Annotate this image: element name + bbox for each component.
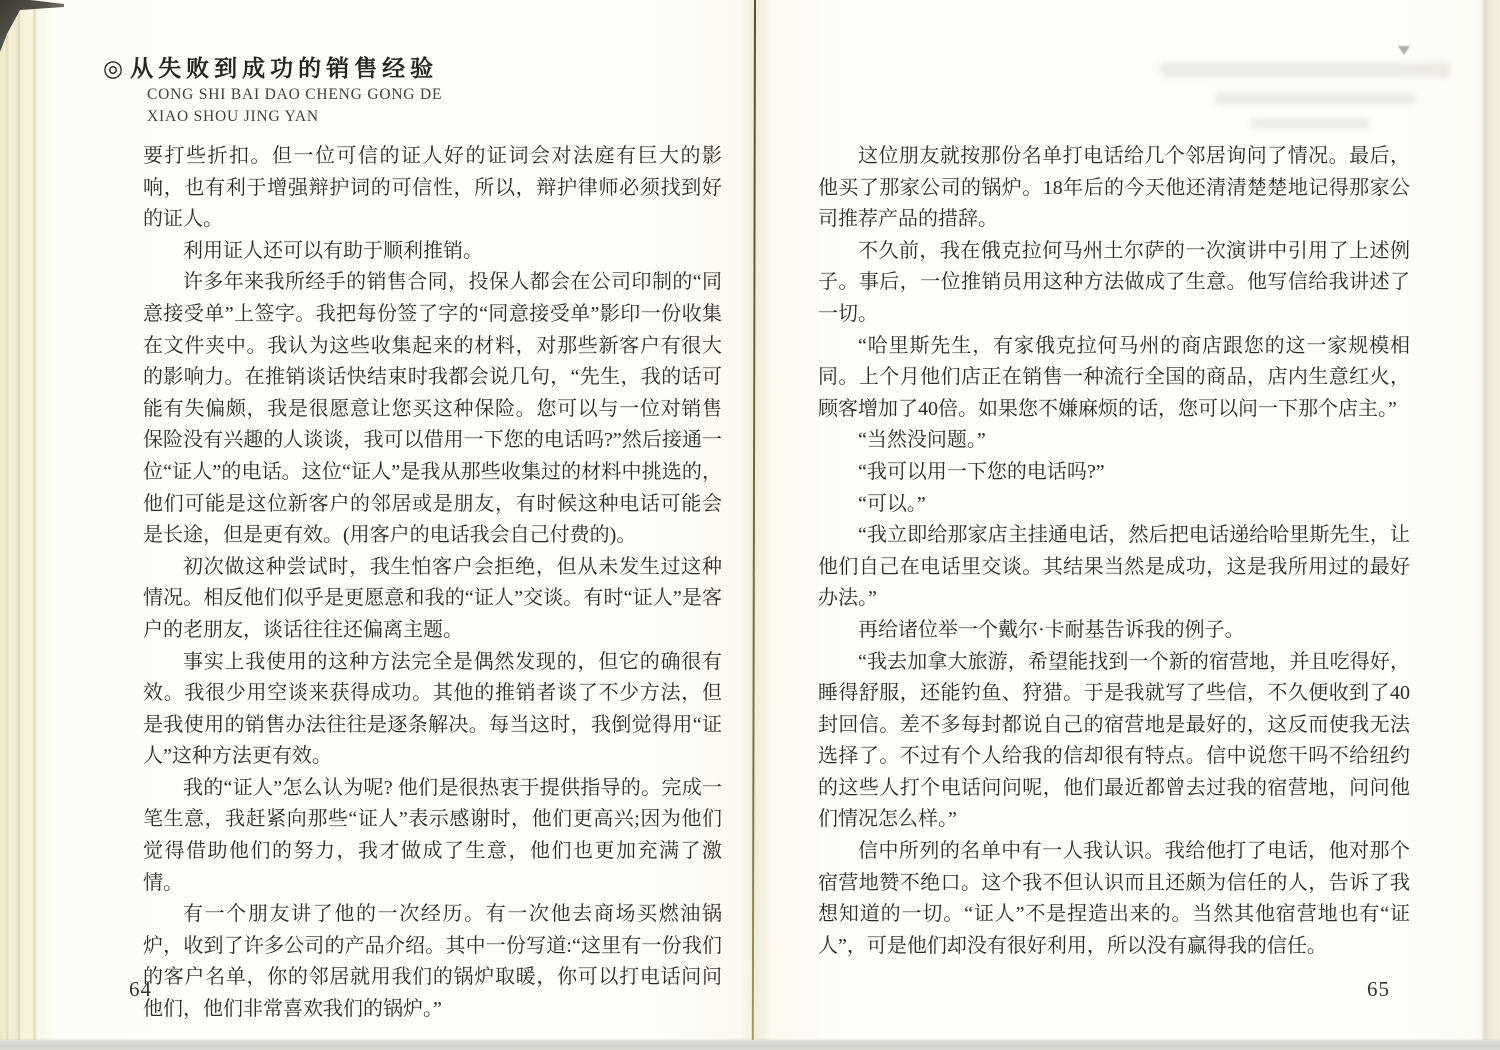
right-page-edge [1480,0,1500,1050]
ink-speck [1398,46,1410,55]
chapter-title-text: 从失败到成功的销售经验 [130,56,438,81]
paragraph: “当然没问题。” [818,425,1410,457]
page-number-right: 65 [1367,977,1390,1002]
paragraph: “哈里斯先生，有家俄克拉何马州的商店跟您的这一家规模相同。上个月他们店正在销售一… [818,331,1410,426]
paragraph: “我立即给那家店主挂通电话，然后把电话递给哈里斯先生，让他们自己在电话里交谈。其… [818,520,1410,615]
chapter-title-pinyin-line2: XIAO SHOU JING YAN [147,108,319,126]
bottom-scan-strip [0,1040,1500,1050]
book-gutter-shadow [742,0,770,1043]
paragraph: 许多年来我所经手的销售合同，投保人都会在公司印制的“同意接受单”上签字。我把每份… [143,267,722,551]
paragraph: 有一个朋友讲了他的一次经历。有一次他去商场买燃油锅炉，收到了许多公司的产品介绍。… [143,899,722,1025]
circle-bullet-icon: ◎ [103,56,128,81]
paragraph: 再给诸位举一个戴尔·卡耐基告诉我的例子。 [818,615,1410,647]
paragraph: 不久前，我在俄克拉何马州土尔萨的一次演讲中引用了上述例子。事后，一位推销员用这种… [818,236,1410,331]
running-head: ◎从失败到成功的销售经验 CONG SHI BAI DAO CHENG GONG… [103,50,438,83]
paragraph: 要打些折扣。但一位可信的证人好的证词会对法庭有巨大的影响，也有利于增强辩护词的可… [143,141,722,236]
bleed-through-ghost [1215,92,1415,105]
paragraph: 利用证人还可以有助于顺利推销。 [143,236,722,268]
paragraph: 事实上我使用的这种方法完全是偶然发现的，但它的确很有效。我很少用空谈来获得成功。… [143,647,722,773]
paragraph: 这位朋友就按那份名单打电话给几个邻居询问了情况。最后，他买了那家公司的锅炉。18… [818,141,1410,236]
paragraph: “可以。” [818,489,1410,521]
right-page-body: 这位朋友就按那份名单打电话给几个邻居询问了情况。最后，他买了那家公司的锅炉。18… [818,141,1410,962]
paragraph: “我去加拿大旅游，希望能找到一个新的宿营地，并且吃得好，睡得舒服，还能钓鱼、狩猎… [818,647,1410,837]
chapter-title-pinyin-line1: CONG SHI BAI DAO CHENG GONG DE [147,86,442,104]
left-page-body: 要打些折扣。但一位可信的证人好的证词会对法庭有巨大的影响，也有利于增强辩护词的可… [143,141,722,1026]
paragraph: 初次做这种尝试时，我生怕客户会拒绝，但从未发生过这种情况。相反他们似乎是更愿意和… [143,552,722,647]
paragraph: 我的“证人”怎么认为呢? 他们是很热衷于提供指导的。完成一笔生意，我赶紧向那些“… [143,773,722,899]
paragraph: “我可以用一下您的电话吗?” [818,457,1410,489]
bleed-through-ghost [1250,118,1370,129]
chapter-title: ◎从失败到成功的销售经验 [103,50,438,83]
paragraph: 信中所列的名单中有一人我认识。我给他打了电话，他对那个宿营地赞不绝口。这个我不但… [818,836,1410,962]
bleed-through-ghost [1160,62,1450,77]
stacked-page-edges [0,0,56,1050]
page-number-left: 64 [129,977,152,1002]
